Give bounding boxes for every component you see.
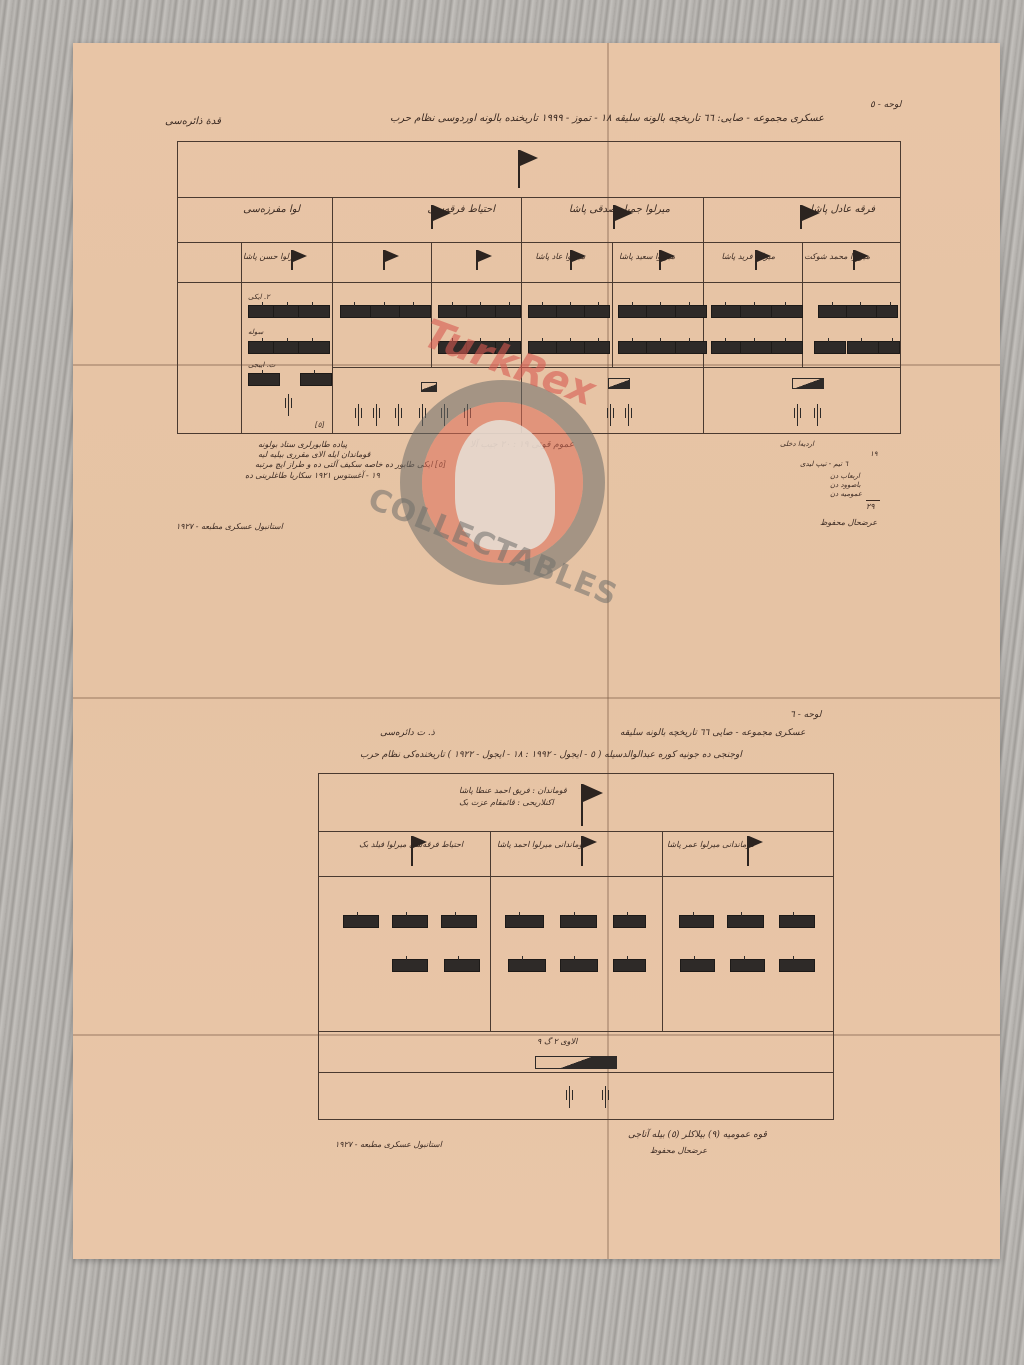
infantry-regiment-icon — [399, 305, 431, 318]
infantry-regiment-icon — [584, 305, 610, 318]
infantry-regiment-icon — [508, 959, 546, 972]
division-flag-icon — [749, 836, 763, 848]
infantry-regiment-icon — [740, 305, 772, 318]
legend-header: اردیه‌ا دخلی — [780, 440, 814, 448]
legend-row-label: عمومیه دن — [830, 490, 862, 498]
division-flag-icon — [572, 250, 586, 262]
sheet2-header-right: عسکری مجموعه - صایی ٦٦ تاریخچه بالونه سل… — [620, 728, 805, 738]
legend-total: ٢٩ — [866, 502, 875, 511]
infantry-regiment-icon — [646, 341, 678, 354]
sheet1-header-right: عسکری مجموعه - صایی: ٦٦ تاریخچه بالونه س… — [390, 113, 824, 124]
infantry-regiment-icon — [779, 959, 815, 972]
infantry-regiment-icon — [560, 959, 598, 972]
infantry-regiment-icon — [847, 341, 879, 354]
sheet1-signature: عرضحال محفوظ — [820, 518, 877, 527]
infantry-regiment-icon — [392, 915, 428, 928]
artillery-icon — [605, 1086, 606, 1108]
infantry-regiment-icon — [727, 915, 764, 928]
cavalry-label: الاوی ۲ گ ٩ — [537, 1037, 577, 1046]
division-label: قوماندانی میرلوا احمد پاشا — [497, 840, 587, 849]
legend-total-rule — [866, 500, 880, 501]
army-flag-icon — [583, 784, 603, 802]
legend-row-label: اربعاب دن — [830, 472, 860, 480]
infantry-regiment-icon — [613, 915, 646, 928]
infantry-regiment-icon — [298, 341, 330, 354]
artillery-icon — [358, 404, 359, 426]
infantry-regiment-icon — [740, 341, 772, 354]
artillery-icon — [398, 404, 399, 426]
infantry-regiment-icon — [779, 915, 815, 928]
detachment-label: ۲. ایکی — [248, 293, 270, 301]
infantry-regiment-icon — [730, 959, 765, 972]
infantry-regiment-icon — [466, 305, 498, 318]
corps-flag-icon — [615, 205, 633, 221]
infantry-regiment-icon — [680, 959, 715, 972]
infantry-regiment-icon — [495, 341, 521, 354]
division-label: قوماندانی میرلوا عمر پاشا — [667, 840, 754, 849]
infantry-regiment-icon — [711, 341, 743, 354]
footnote-marker: [٥] — [315, 421, 324, 429]
command-line: اکنلاریحی : قائمقام عزت بک — [459, 798, 554, 807]
sheet1-plate-label: لوحه - ٥ — [870, 100, 901, 110]
legend-row-label: ٦ تیم - تیپ لیدی — [800, 460, 848, 468]
sheet1-order-of-battle-table: فرقه عادل پاشا میرلوا جمیل صدقی پاشا احت… — [177, 141, 901, 434]
sheet1-header-left: قدة ذائره‌سی — [165, 116, 221, 127]
sheet1-print-line: استانبول عسکری مطبعه - ١٩٢٧ — [176, 522, 283, 531]
infantry-regiment-icon — [646, 305, 678, 318]
infantry-regiment-icon — [441, 915, 477, 928]
command-line: قوماندان : فریق احمد عنطا پاشا — [459, 786, 567, 795]
infantry-regiment-icon — [814, 341, 846, 354]
division-flag-icon — [855, 250, 869, 262]
sheet1-note: ١٩ - آغستوس ١٩٢١ سکاریا طاغلرینی ده — [245, 471, 380, 480]
infantry-regiment-icon — [370, 305, 402, 318]
artillery-icon — [376, 404, 377, 426]
infantry-regiment-icon — [584, 341, 610, 354]
legend-row-num: ١٩ — [870, 450, 878, 458]
infantry-regiment-icon — [675, 341, 707, 354]
sheet2-header-left: ذ. ت دائره‌سی — [380, 728, 435, 738]
artillery-icon — [569, 1086, 570, 1108]
legend-row-label: باصوود دن — [830, 481, 861, 489]
division-flag-icon — [757, 250, 771, 262]
artillery-icon — [628, 404, 629, 426]
division-flag-icon — [478, 250, 492, 262]
infantry-regiment-icon — [613, 959, 646, 972]
infantry-regiment-icon — [505, 915, 544, 928]
division-flag-icon — [583, 836, 597, 848]
division-flag-icon — [661, 250, 675, 262]
army-flag-icon — [520, 150, 538, 166]
artillery-icon — [610, 404, 611, 426]
infantry-regiment-icon — [711, 305, 743, 318]
sheet2-footer-forces: قوه‌ عمومیه (٩) بیلاکلر (٥) بیله آتاجی — [628, 1130, 767, 1140]
fold-line-horizontal — [73, 697, 1000, 699]
sheet1-note: [٥] ایکی طابور ده خاصه سکیف آلتی ده و طر… — [255, 460, 446, 469]
infantry-regiment-icon — [466, 341, 498, 354]
infantry-regiment-icon — [248, 373, 280, 386]
division-flag-icon — [413, 836, 427, 848]
infantry-regiment-icon — [876, 305, 898, 318]
infantry-regiment-icon — [846, 305, 878, 318]
infantry-regiment-icon — [495, 305, 521, 318]
division-flag-icon — [293, 250, 307, 262]
artillery-icon — [817, 404, 818, 426]
artillery-icon — [288, 394, 289, 416]
cavalry-icon — [421, 382, 437, 392]
cavalry-icon — [608, 378, 630, 389]
artillery-icon — [422, 404, 423, 426]
artillery-icon — [797, 404, 798, 426]
infantry-regiment-icon — [679, 915, 714, 928]
infantry-regiment-icon — [343, 915, 379, 928]
corps-label: لوا مفرزه‌سی — [243, 204, 300, 215]
sheet1-note: قوماندان ایله الای مقرری بیلیه لیه — [258, 450, 370, 459]
sheet2-order-of-battle-table: قوماندان : فریق احمد عنطا پاشا اکنلاریحی… — [318, 773, 834, 1120]
division-flag-icon — [385, 250, 399, 262]
corps-flag-icon — [433, 205, 451, 221]
infantry-regiment-icon — [298, 305, 330, 318]
artillery-icon — [444, 404, 445, 426]
sheet1-totals: عموم قوتی ١٩ : ٢٠ جیب آلا — [470, 440, 574, 450]
infantry-regiment-icon — [300, 373, 332, 386]
sheet2-print-line: استانبول عسکری مطبعه - ١٩٢٧ — [335, 1140, 442, 1149]
infantry-regiment-icon — [392, 959, 428, 972]
sheet2-signature: عرضحال محفوظ — [650, 1146, 707, 1155]
infantry-regiment-icon — [878, 341, 900, 354]
infantry-regiment-icon — [444, 959, 480, 972]
infantry-regiment-icon — [771, 305, 803, 318]
detachment-label: ت. ایبجی — [248, 361, 275, 369]
sheet2-plate-label: لوحه - ٦ — [790, 710, 821, 720]
detachment-label: سوله — [248, 328, 263, 336]
cavalry-brigade-icon — [535, 1056, 617, 1069]
infantry-regiment-icon — [340, 305, 372, 318]
infantry-regiment-icon — [675, 305, 707, 318]
corps-flag-icon — [802, 205, 820, 221]
infantry-regiment-icon — [560, 915, 597, 928]
sheet2-subtitle: اوجنجی ده جونیه کوره عبدالوالد‌سیله ( ٥ … — [360, 750, 742, 760]
cavalry-icon — [792, 378, 824, 389]
infantry-regiment-icon — [771, 341, 803, 354]
sheet1-note: پیاده‌ طابورلری ستاد بولونه — [258, 440, 347, 450]
artillery-icon — [467, 404, 468, 426]
